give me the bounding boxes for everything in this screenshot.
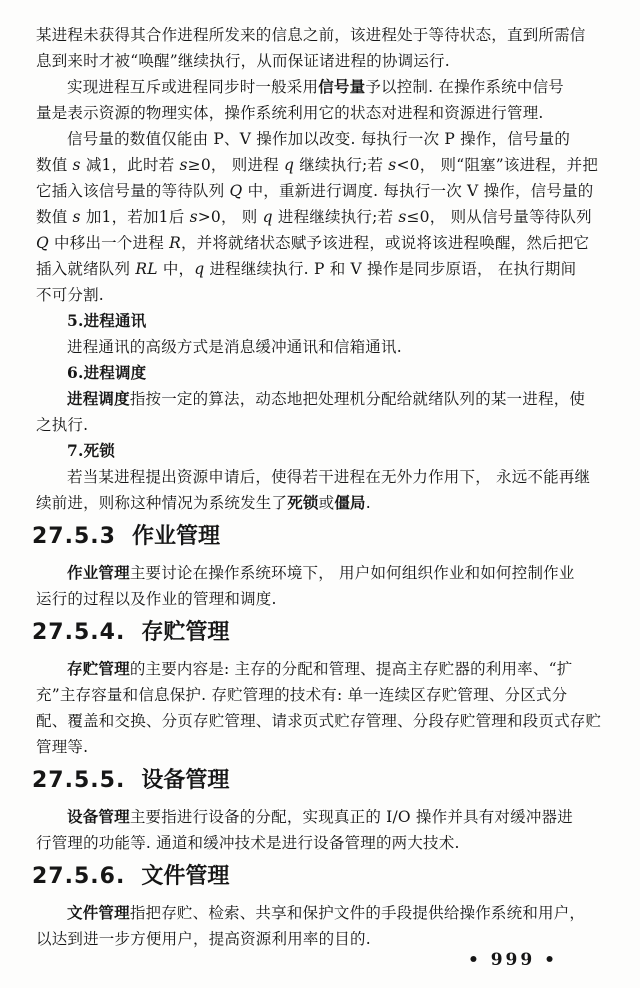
text-run: 指按一定的算法，动态地把处理机分配给就绪队列的某一进程，使 bbox=[130, 390, 585, 408]
math-variable: s bbox=[73, 208, 81, 226]
text-line: 它插入该信号量的等待队列 Q 中，重新进行调度. 每执行一次 V 操作，信号量的 bbox=[36, 178, 612, 204]
sub-heading: 5.进程通讯 bbox=[36, 308, 612, 334]
text-run: ≤0， 则从信号量等待队列 bbox=[407, 208, 592, 226]
text-run: 实现进程互斥或进程同步时一般采用 bbox=[67, 78, 318, 96]
math-variable: Q bbox=[36, 234, 49, 252]
math-variable: R bbox=[169, 234, 181, 252]
text-line: 之执行. bbox=[36, 412, 612, 438]
section-heading: 27.5.6.文件管理 bbox=[32, 862, 612, 892]
text-line: 运行的过程以及作业的管理和调度. bbox=[36, 586, 612, 612]
text-run: 主要指进行设备的分配，实现真正的 I/O 操作并具有对缓冲器进 bbox=[130, 808, 573, 826]
section-title: 文件管理 bbox=[141, 864, 229, 889]
text-run: 加1，若加1后 bbox=[81, 208, 190, 226]
text-line: 进程调度指按一定的算法，动态地把处理机分配给就绪队列的某一进程，使 bbox=[36, 386, 612, 412]
math-variable: q bbox=[263, 208, 273, 226]
text-run: ，并将就绪状态赋予该进程，或说将该进程唤醒，然后把它 bbox=[181, 234, 589, 252]
page-content: 某进程未获得其合作进程所发来的信息之前，该进程处于等待状态，直到所需信息到来时才… bbox=[36, 22, 612, 952]
text-run: ≥0， 则进程 bbox=[188, 156, 284, 174]
section-number: 27.5.5. bbox=[32, 768, 125, 793]
text-run: 予以控制. 在操作系统中信号 bbox=[365, 78, 564, 96]
text-run: 进程继续执行;若 bbox=[273, 208, 399, 226]
text-line: 若当某进程提出资源申请后，使得若干进程在无外力作用下， 永远不能再继 bbox=[36, 464, 612, 490]
section-number: 27.5.6. bbox=[32, 864, 125, 889]
text-line: 作业管理主要讨论在操作系统环境下， 用户如何组织作业和如何控制作业 bbox=[36, 560, 612, 586]
text-run: >0， 则 bbox=[198, 208, 263, 226]
text-line: 信号量的数值仅能由 P、V 操作加以改变. 每执行一次 P 操作，信号量的 bbox=[36, 126, 612, 152]
bold-text: 信号量 bbox=[318, 77, 365, 96]
text-line: 息到来时才被“唤醒”继续执行，从而保证诸进程的协调运行. bbox=[36, 48, 612, 74]
text-run: 息到来时才被“唤醒”继续执行，从而保证诸进程的协调运行. bbox=[36, 52, 450, 70]
text-run: 进程继续执行. P 和 V 操作是同步原语， 在执行期间 bbox=[204, 260, 576, 278]
text-line: 行管理的功能等. 通道和缓冲技术是进行设备管理的两大技术. bbox=[36, 830, 612, 856]
text-line: 插入就绪队列 RL 中，q 进程继续执行. P 和 V 操作是同步原语， 在执行… bbox=[36, 256, 612, 282]
text-run: 继续执行;若 bbox=[294, 156, 388, 174]
text-run: 数值 bbox=[36, 208, 73, 226]
text-run: 量是表示资源的物理实体，操作系统利用它的状态对进程和资源进行管理. bbox=[36, 104, 544, 122]
math-variable: s bbox=[73, 156, 81, 174]
text-line: 以达到进一步方便用户，提高资源利用率的目的. bbox=[36, 926, 612, 952]
text-line: 设备管理主要指进行设备的分配，实现真正的 I/O 操作并具有对缓冲器进 bbox=[36, 804, 612, 830]
bold-text: 作业管理 bbox=[67, 563, 130, 582]
text-run: <0， 则“阻塞”该进程，并把 bbox=[396, 156, 598, 174]
text-run: 插入就绪队列 bbox=[36, 260, 135, 278]
bold-text: 7.死锁 bbox=[67, 441, 115, 460]
sub-heading: 7.死锁 bbox=[36, 438, 612, 464]
math-variable: RL bbox=[135, 260, 157, 278]
text-run: 不可分割. bbox=[36, 286, 104, 304]
text-run: 配、覆盖和交换、分页存贮管理、请求页式贮存管理、分段存贮管理和段页式存贮 bbox=[36, 712, 601, 730]
text-run: . bbox=[366, 494, 371, 512]
text-line: 某进程未获得其合作进程所发来的信息之前，该进程处于等待状态，直到所需信 bbox=[36, 22, 612, 48]
text-run: 它插入该信号量的等待队列 bbox=[36, 182, 230, 200]
text-run: 信号量的数值仅能由 P、V 操作加以改变. 每执行一次 P 操作，信号量的 bbox=[67, 130, 570, 148]
bold-text: 存贮管理 bbox=[67, 659, 130, 678]
bold-text: 进程调度 bbox=[67, 389, 130, 408]
text-line: 数值 s 减1，此时若 s≥0， 则进程 q 继续执行;若 s<0， 则“阻塞”… bbox=[36, 152, 612, 178]
math-variable: s bbox=[398, 208, 406, 226]
book-page: 某进程未获得其合作进程所发来的信息之前，该进程处于等待状态，直到所需信息到来时才… bbox=[0, 0, 640, 988]
section-number: 27.5.3 bbox=[32, 524, 116, 549]
math-variable: q bbox=[194, 260, 204, 278]
text-line: 管理等. bbox=[36, 734, 612, 760]
text-run: 续前进，则称这种情况为系统发生了 bbox=[36, 494, 287, 512]
section-heading: 27.5.3作业管理 bbox=[32, 522, 612, 552]
sub-heading: 6.进程调度 bbox=[36, 360, 612, 386]
text-run: 数值 bbox=[36, 156, 73, 174]
text-line: 数值 s 加1，若加1后 s>0， 则 q 进程继续执行;若 s≤0， 则从信号… bbox=[36, 204, 612, 230]
text-run: 若当某进程提出资源申请后，使得若干进程在无外力作用下， 永远不能再继 bbox=[67, 468, 590, 486]
bold-text: 5.进程通讯 bbox=[67, 311, 146, 330]
math-variable: q bbox=[284, 156, 294, 174]
text-run: 行管理的功能等. 通道和缓冲技术是进行设备管理的两大技术. bbox=[36, 834, 460, 852]
text-run: 以达到进一步方便用户，提高资源利用率的目的. bbox=[36, 930, 371, 948]
text-run: 中， bbox=[158, 260, 195, 278]
section-heading: 27.5.4.存贮管理 bbox=[32, 618, 612, 648]
bold-text: 设备管理 bbox=[67, 807, 130, 826]
page-number: • 999 • bbox=[468, 950, 558, 970]
text-run: 减1，此时若 bbox=[81, 156, 180, 174]
text-line: 量是表示资源的物理实体，操作系统利用它的状态对进程和资源进行管理. bbox=[36, 100, 612, 126]
math-variable: s bbox=[180, 156, 188, 174]
bold-text: 文件管理 bbox=[67, 903, 130, 922]
bold-text: 僵局 bbox=[334, 493, 365, 512]
text-run: 运行的过程以及作业的管理和调度. bbox=[36, 590, 277, 608]
text-line: 配、覆盖和交换、分页存贮管理、请求页式贮存管理、分段存贮管理和段页式存贮 bbox=[36, 708, 612, 734]
section-heading: 27.5.5.设备管理 bbox=[32, 766, 612, 796]
text-run: 进程通讯的高级方式是消息缓冲通讯和信箱通讯. bbox=[67, 338, 402, 356]
text-line: 不可分割. bbox=[36, 282, 612, 308]
section-title: 存贮管理 bbox=[141, 620, 229, 645]
text-run: 中，重新进行调度. 每执行一次 V 操作，信号量的 bbox=[242, 182, 593, 200]
text-run: 充”主存容量和信息保护. 存贮管理的技术有: 单一连续区存贮管理、分区式分 bbox=[36, 686, 567, 704]
text-run: 的主要内容是: 主存的分配和管理、提高主存贮器的利用率、“扩 bbox=[130, 660, 573, 678]
text-line: 续前进，则称这种情况为系统发生了死锁或僵局. bbox=[36, 490, 612, 516]
text-line: Q 中移出一个进程 R，并将就绪状态赋予该进程，或说将该进程唤醒，然后把它 bbox=[36, 230, 612, 256]
text-run: 指把存贮、检索、共享和保护文件的手段提供给操作系统和用户， bbox=[130, 904, 585, 922]
text-run: 某进程未获得其合作进程所发来的信息之前，该进程处于等待状态，直到所需信 bbox=[36, 26, 586, 44]
math-variable: s bbox=[190, 208, 198, 226]
section-number: 27.5.4. bbox=[32, 620, 125, 645]
text-line: 实现进程互斥或进程同步时一般采用信号量予以控制. 在操作系统中信号 bbox=[36, 74, 612, 100]
text-line: 存贮管理的主要内容是: 主存的分配和管理、提高主存贮器的利用率、“扩 bbox=[36, 656, 612, 682]
text-run: 之执行. bbox=[36, 416, 88, 434]
text-line: 文件管理指把存贮、检索、共享和保护文件的手段提供给操作系统和用户， bbox=[36, 900, 612, 926]
section-title: 设备管理 bbox=[141, 768, 229, 793]
text-run: 中移出一个进程 bbox=[49, 234, 169, 252]
bold-text: 死锁 bbox=[287, 493, 318, 512]
text-line: 进程通讯的高级方式是消息缓冲通讯和信箱通讯. bbox=[36, 334, 612, 360]
text-run: 或 bbox=[319, 494, 335, 512]
math-variable: Q bbox=[230, 182, 243, 200]
text-line: 充”主存容量和信息保护. 存贮管理的技术有: 单一连续区存贮管理、分区式分 bbox=[36, 682, 612, 708]
text-run: 管理等. bbox=[36, 738, 88, 756]
bold-text: 6.进程调度 bbox=[67, 363, 146, 382]
section-title: 作业管理 bbox=[132, 524, 220, 549]
text-run: 主要讨论在操作系统环境下， 用户如何组织作业和如何控制作业 bbox=[130, 564, 575, 582]
